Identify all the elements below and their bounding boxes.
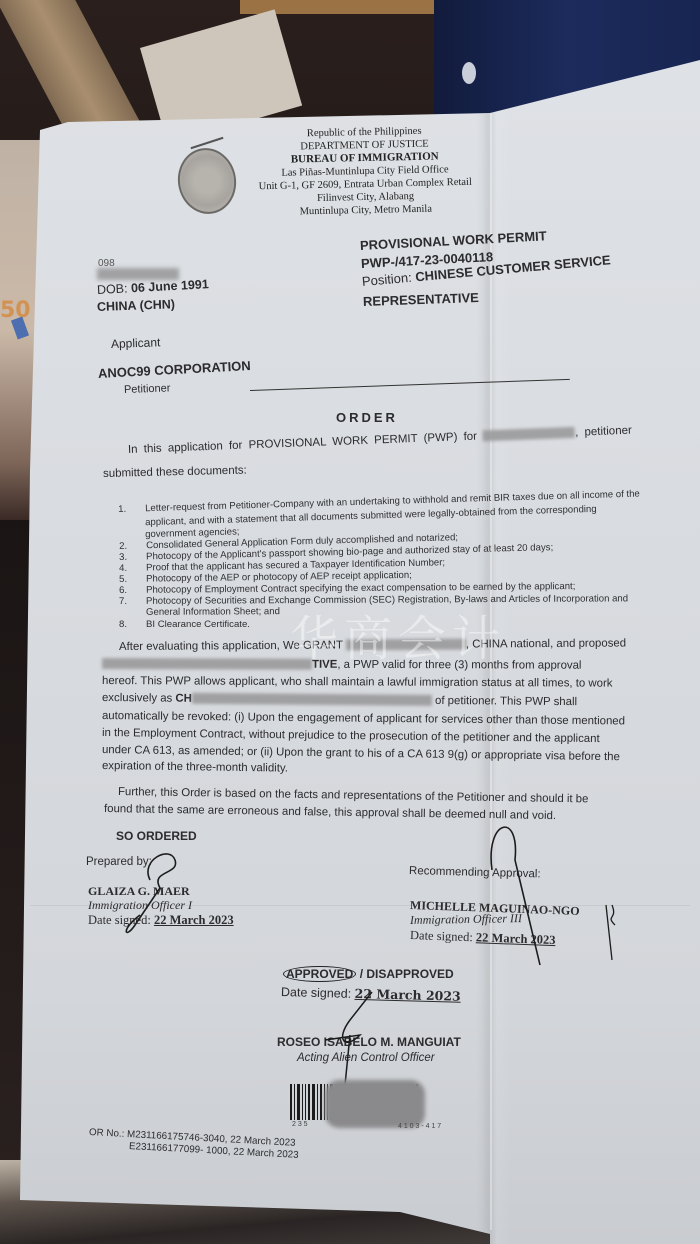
- approver-signature: [325, 992, 372, 1085]
- recommending-signature: [491, 827, 540, 965]
- background-button-dot: [462, 62, 476, 84]
- barcode-redacted: [325, 1080, 425, 1128]
- prepared-signature: [126, 854, 175, 933]
- barcode-left-digits: 2 3 5: [292, 1121, 308, 1128]
- permit-document: Republic of the Philippines DEPARTMENT O…: [0, 0, 700, 1244]
- barcode-right-digits: 4 1 0 3 - 4 1 7: [398, 1123, 441, 1130]
- watermark: 华商会计: [290, 600, 506, 669]
- initials-signature: [606, 905, 615, 960]
